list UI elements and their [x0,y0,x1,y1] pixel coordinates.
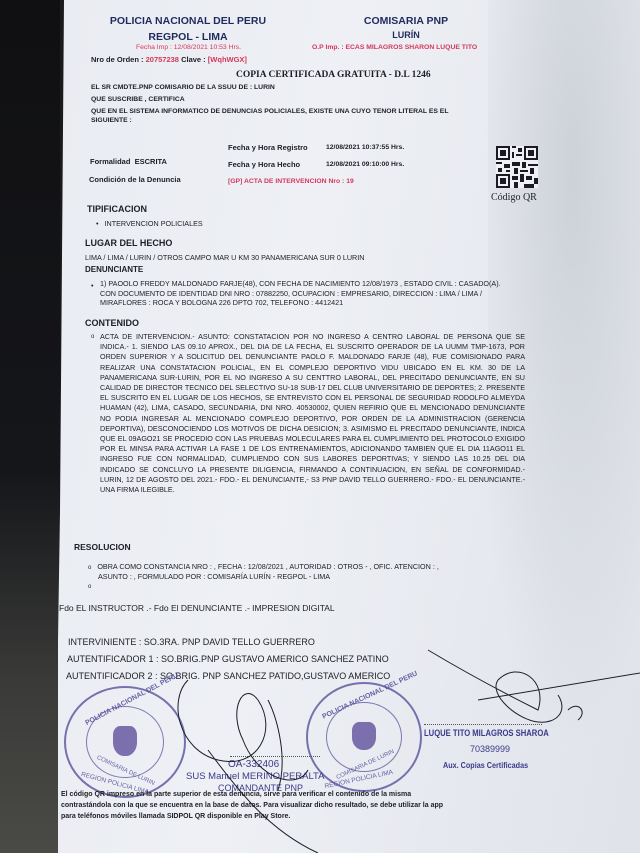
qr-caption: Código QR [491,192,537,203]
autentificador-1: AUTENTIFICADOR 1 : SO.BRIG.PNP GUSTAVO A… [67,654,389,664]
formalidad-line: Formalidad ESCRITA [90,157,167,166]
resolucion-line-2: ASUNTO : , FORMULADO POR : COMISARÍA LUR… [98,572,330,581]
firmas-line: Fdo EL INSTRUCTOR .- Fdo El DENUNCIANTE … [59,603,335,613]
qr-code-icon [495,146,539,188]
interviniente: INTERVINIENTE : SO.3RA. PNP DAVID TELLO … [68,637,315,647]
hecho-value: 12/08/2021 09:10:00 Hrs. [326,161,404,168]
order-number: 20757238 [146,55,179,64]
intro-line-1: EL SR CMDTE.PNP COMISARIO DE LA SSUU DE … [91,84,275,91]
tipificacion-item: INTERVENCION POLICIALES [96,219,203,228]
signature-scribble-certifier [418,640,640,730]
footer-line-3: para teléfonos móviles llamada SIDPOL QR… [61,813,290,820]
certifier-name: LUQUE TITO MILAGROS SHAROA [424,728,549,738]
registro-label: Fecha y Hora Registro [228,143,308,152]
order-key: [WqhWGX] [208,55,247,64]
header-district: LURÍN [306,30,506,40]
intro-line-3: QUE EN EL SISTEMA INFORMATICO DE DENUNCI… [91,108,449,115]
denunciante-heading: DENUNCIANTE [85,265,143,274]
order-line: Nro de Orden : 20757238 Clave : [WqhWGX] [91,55,247,64]
lugar-value: LIMA / LIMA / LURIN / OTROS CAMPO MAR U … [85,253,364,262]
coat-of-arms-icon [113,726,137,756]
signature-line [230,756,320,757]
header-regpol: REGPOL - LIMA [88,31,288,43]
denunciante-bullet: • [91,281,94,290]
certifier-id: 70389999 [470,744,510,754]
header-comisaria: COMISARIA PNP [306,15,506,27]
resolucion-heading: RESOLUCION [74,542,131,552]
certified-document: POLICIA NACIONAL DEL PERU REGPOL - LIMA … [58,0,640,853]
condicion-value: [GP] ACTA DE INTERVENCION Nro : 19 [228,178,354,185]
seal-stamp-left: POLICIA NACIONAL DEL PERU COMISARIA DE L… [64,686,186,798]
print-operator: O.P Imp. : ECAS MILAGROS SHARON LUQUE TI… [312,44,477,51]
resolucion-line-1: OBRA COMO CONSTANCIA NRO : , FECHA : 12/… [88,562,439,571]
desk-background [0,0,60,853]
certifier-role: Aux. Copias Certificadas [443,760,528,770]
contenido-bullet: o [91,334,94,340]
denunciante-text: 1) PAOOLO FREDDY MALDONADO FARJE(48), CO… [100,279,510,308]
print-date: Fecha Imp : 12/08/2021 10:53 Hrs. [136,44,241,51]
formalidad-value: ESCRITA [135,157,167,166]
condicion-label: Condición de la Denuncia [89,175,181,184]
autentificador-2: AUTENTIFICADOR 2 : SO.BRIG. PNP SANCHEZ … [66,671,390,681]
contenido-text: ACTA DE INTERVENCION.- ASUNTO: CONSTATAC… [100,332,525,495]
coat-of-arms-icon [352,722,376,750]
contenido-heading: CONTENIDO [85,318,139,328]
intro-line-4: SIGUIENTE : [91,117,132,124]
intro-line-2: QUE SUSCRIBE , CERTIFICA [91,96,185,103]
lugar-heading: LUGAR DEL HECHO [85,238,172,248]
footer-line-2: contrastándola con la que se encuentra e… [61,802,443,809]
document-title: COPIA CERTIFICADA GRATUITA - D.L 1246 [236,70,431,80]
footer-line-1: El código QR impreso en la parte superio… [61,791,411,798]
tipificacion-heading: TIPIFICACION [87,204,147,214]
commander-name: SUS Manuel MERINO PERALTA [186,771,325,782]
resolucion-empty-bullet: o [88,584,91,590]
hecho-label: Fecha y Hora Hecho [228,160,300,169]
certifier-signature-line [424,724,542,725]
commander-code: OA-332406 [228,759,279,770]
registro-value: 12/08/2021 10:37:55 Hrs. [326,144,404,151]
header-institution: POLICIA NACIONAL DEL PERU [88,15,288,27]
